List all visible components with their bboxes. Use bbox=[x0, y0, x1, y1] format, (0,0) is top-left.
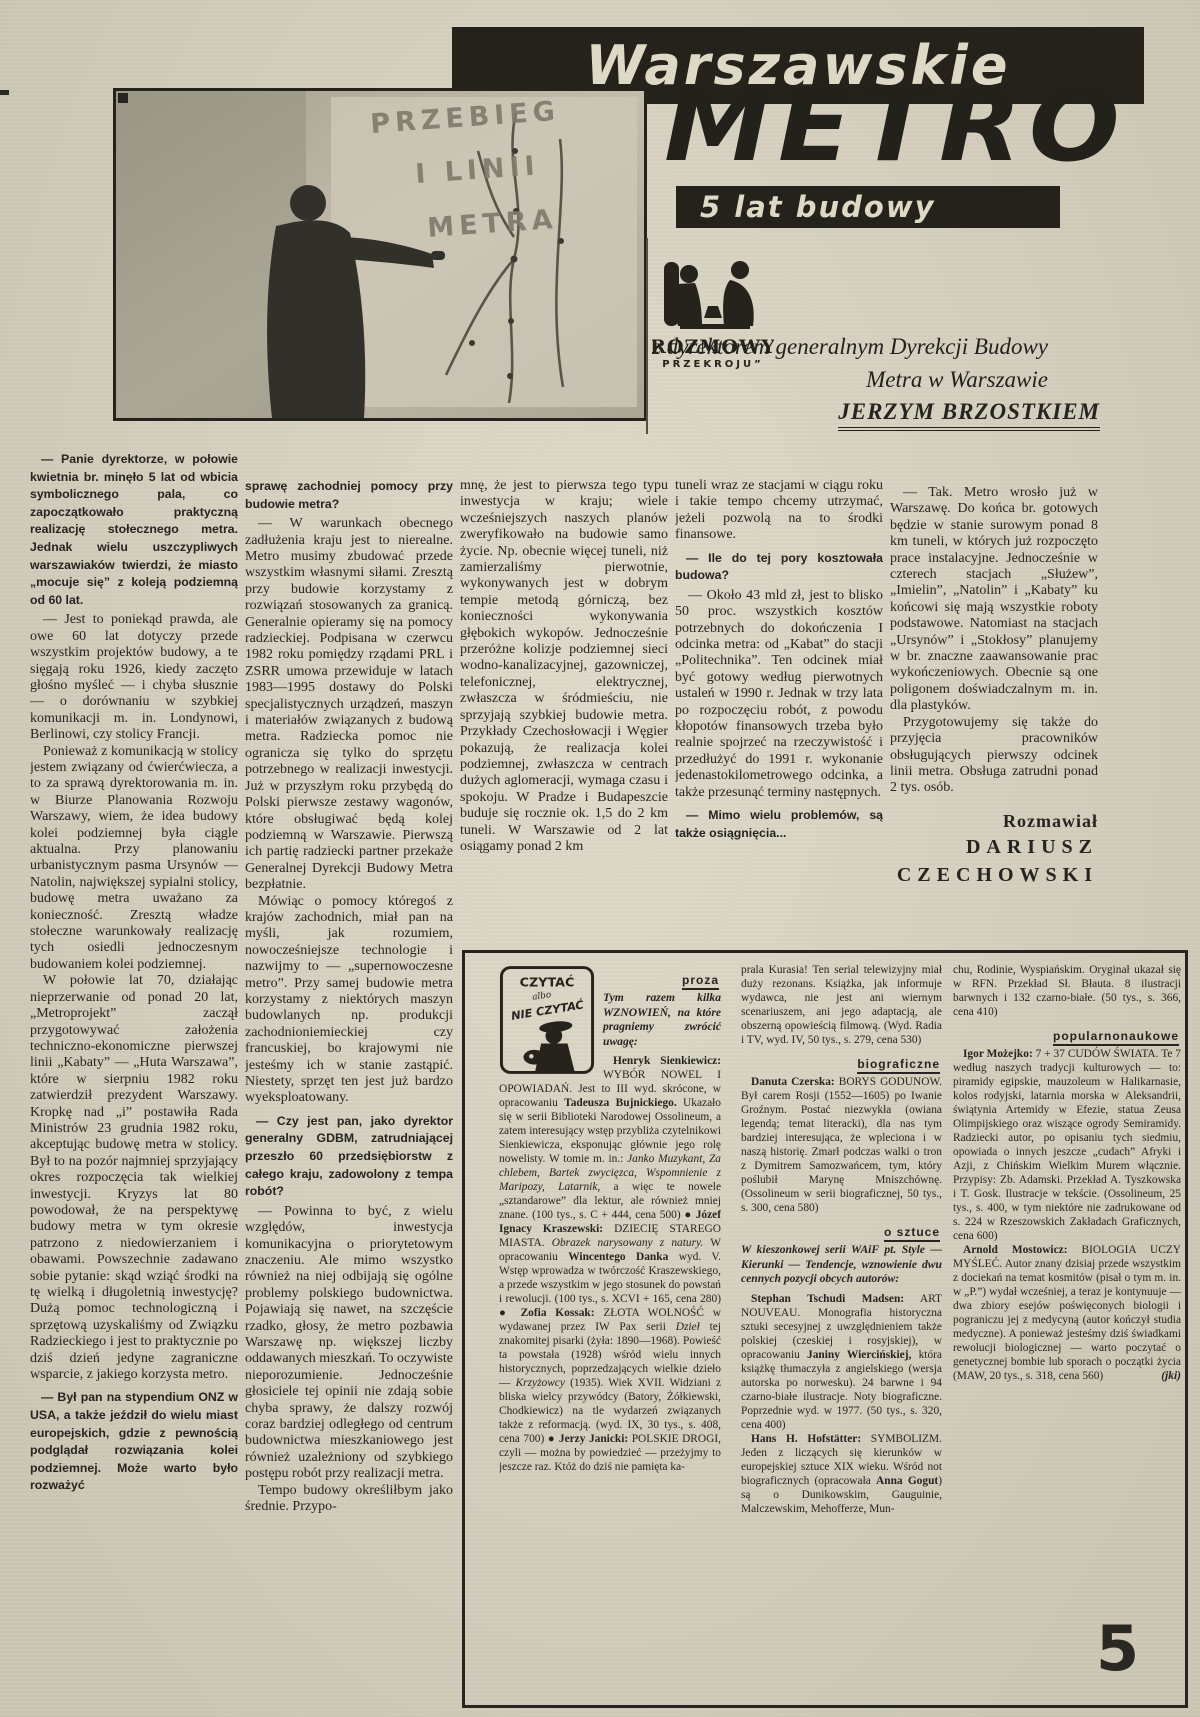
review-section-heading: o sztuce bbox=[741, 1225, 940, 1239]
question-paragraph: — Panie dyrektorze, w połowie kwietnia b… bbox=[30, 451, 238, 609]
interviewee-name-row: JERZYM BRZOSTKIEM bbox=[640, 399, 1100, 425]
review-paragraph: Henryk Sienkiewicz: WYBÓR NOWEL I OPOWIA… bbox=[499, 1054, 721, 1474]
badge-line-1: CZYTAĆ bbox=[520, 975, 575, 991]
interviewer-credit: Rozmawiał bbox=[890, 809, 1098, 833]
press-photo: PRZEBIEG I LINII METRA bbox=[113, 88, 647, 421]
article-column-2: sprawę zachodniej pomocy przy budowie me… bbox=[245, 478, 453, 1705]
photo-corner-mark bbox=[118, 93, 128, 103]
talking-figures-icon bbox=[664, 261, 754, 329]
page-number: 5 bbox=[1096, 1612, 1139, 1685]
subtitle-text: 5 lat budowy bbox=[700, 190, 936, 224]
review-paragraph: chu, Rodinie, Wyspiańskim. Oryginał ukaz… bbox=[953, 963, 1181, 1019]
czytac-albo-nie-czytac-badge: CZYTAĆ albo NIE CZYTAĆ bbox=[499, 965, 595, 1075]
print-mark bbox=[0, 90, 9, 95]
question-paragraph: — Ile do tej pory kosztowała budowa? bbox=[675, 550, 883, 585]
answer-paragraph: — Jest to poniekąd prawda, ale owe 60 la… bbox=[30, 612, 238, 743]
review-intro: W kieszonkowej serii WAiF pt. Style — Ki… bbox=[741, 1243, 942, 1287]
answer-paragraph: mnę, że jest to pierwsza tego typu inwes… bbox=[460, 478, 668, 855]
badge-line-3: NIE CZYTAĆ bbox=[510, 998, 585, 1022]
article-column-5: — Tak. Metro wrosło już w Warszawę. Do k… bbox=[890, 485, 1098, 940]
review-paragraph: Arnold Mostowicz: BIOLOGIA UCZY MYŚLEĆ. … bbox=[953, 1243, 1181, 1383]
book-reviews-box: CZYTAĆ albo NIE CZYTAĆ prozaTym razem ki… bbox=[462, 950, 1188, 1708]
review-section-heading: popularnonaukowe bbox=[953, 1029, 1179, 1043]
interviewer-name: DARIUSZ CZECHOWSKI bbox=[890, 833, 1098, 889]
newspaper-page: Warszawskie METRO 5 lat budowy bbox=[0, 0, 1200, 1717]
page-title: METRO bbox=[664, 76, 1127, 176]
review-section-heading: biograficzne bbox=[741, 1057, 940, 1071]
question-paragraph: sprawę zachodniej pomocy przy budowie me… bbox=[245, 478, 453, 513]
article-column-3: mnę, że jest to pierwsza tego typu inwes… bbox=[460, 478, 668, 940]
article-column-1: — Panie dyrektorze, w połowie kwietnia b… bbox=[30, 445, 238, 1705]
answer-paragraph: W połowie lat 70, działając nieprzerwani… bbox=[30, 973, 238, 1383]
answer-paragraph: — Tak. Metro wrosło już w Warszawę. Do k… bbox=[890, 485, 1098, 715]
review-paragraph: Danuta Czerska: BORYS GODUNOW. Był carem… bbox=[741, 1075, 942, 1215]
answer-paragraph: — Powinna to być, z wielu względów, inwe… bbox=[245, 1204, 453, 1483]
intro-line-1: z dyrektorem generalnym Dyrekcji Budowy bbox=[600, 330, 1048, 363]
article-column-4: tuneli wraz ze stacjami w ciągu roku i t… bbox=[675, 478, 883, 940]
answer-paragraph: Ponieważ z komunikacją w stolicy jestem … bbox=[30, 744, 238, 974]
interview-intro: z dyrektorem generalnym Dyrekcji Budowy … bbox=[600, 330, 1048, 396]
subtitle-bar: 5 lat budowy bbox=[676, 186, 1060, 228]
question-paragraph: — Czy jest pan, jako dyrektor generalny … bbox=[245, 1113, 453, 1201]
answer-paragraph: — W warunkach obecnego zadłużenia kraju … bbox=[245, 516, 453, 893]
interviewee-name: JERZYM BRZOSTKIEM bbox=[838, 399, 1100, 431]
review-paragraph: Igor Możejko: 7 + 37 CUDÓW ŚWIATA. Te 7 … bbox=[953, 1047, 1181, 1243]
answer-paragraph: Mówiąc o pomocy któregoś z krajów zachod… bbox=[245, 894, 453, 1107]
intro-line-2: Metra w Warszawie bbox=[600, 363, 1048, 396]
answer-paragraph: Przygotowujemy się także do przyjęcia pr… bbox=[890, 715, 1098, 797]
question-paragraph: — Był pan na stypendium ONZ w USA, a tak… bbox=[30, 1389, 238, 1495]
reviews-column-2: prala Kurasia! Ten serial telewizyjny mi… bbox=[741, 963, 942, 1699]
badge-line-2: albo bbox=[532, 990, 552, 1003]
reviews-column-3: chu, Rodinie, Wyspiańskim. Oryginał ukaz… bbox=[953, 963, 1181, 1699]
reviews-column-1: CZYTAĆ albo NIE CZYTAĆ prozaTym razem ki… bbox=[499, 963, 721, 1699]
painter-figure-icon bbox=[523, 1020, 574, 1071]
photo-illustration: PRZEBIEG I LINII METRA bbox=[116, 91, 644, 418]
answer-paragraph: tuneli wraz ze stacjami w ciągu roku i t… bbox=[675, 478, 883, 544]
review-paragraph: Stephan Tschudi Madsen: ART NOUVEAU. Mon… bbox=[741, 1292, 942, 1432]
answer-paragraph: Tempo budowy określiłbym jako średnie. P… bbox=[245, 1483, 453, 1516]
review-paragraph: Hans H. Hofstätter: SYMBOLIZM. Jeden z l… bbox=[741, 1432, 942, 1516]
answer-paragraph: — Około 43 mld zł, jest to blisko 50 pro… bbox=[675, 588, 883, 801]
question-paragraph: — Mimo wielu problemów, są także osiągni… bbox=[675, 807, 883, 842]
review-paragraph: prala Kurasia! Ten serial telewizyjny mi… bbox=[741, 963, 942, 1047]
